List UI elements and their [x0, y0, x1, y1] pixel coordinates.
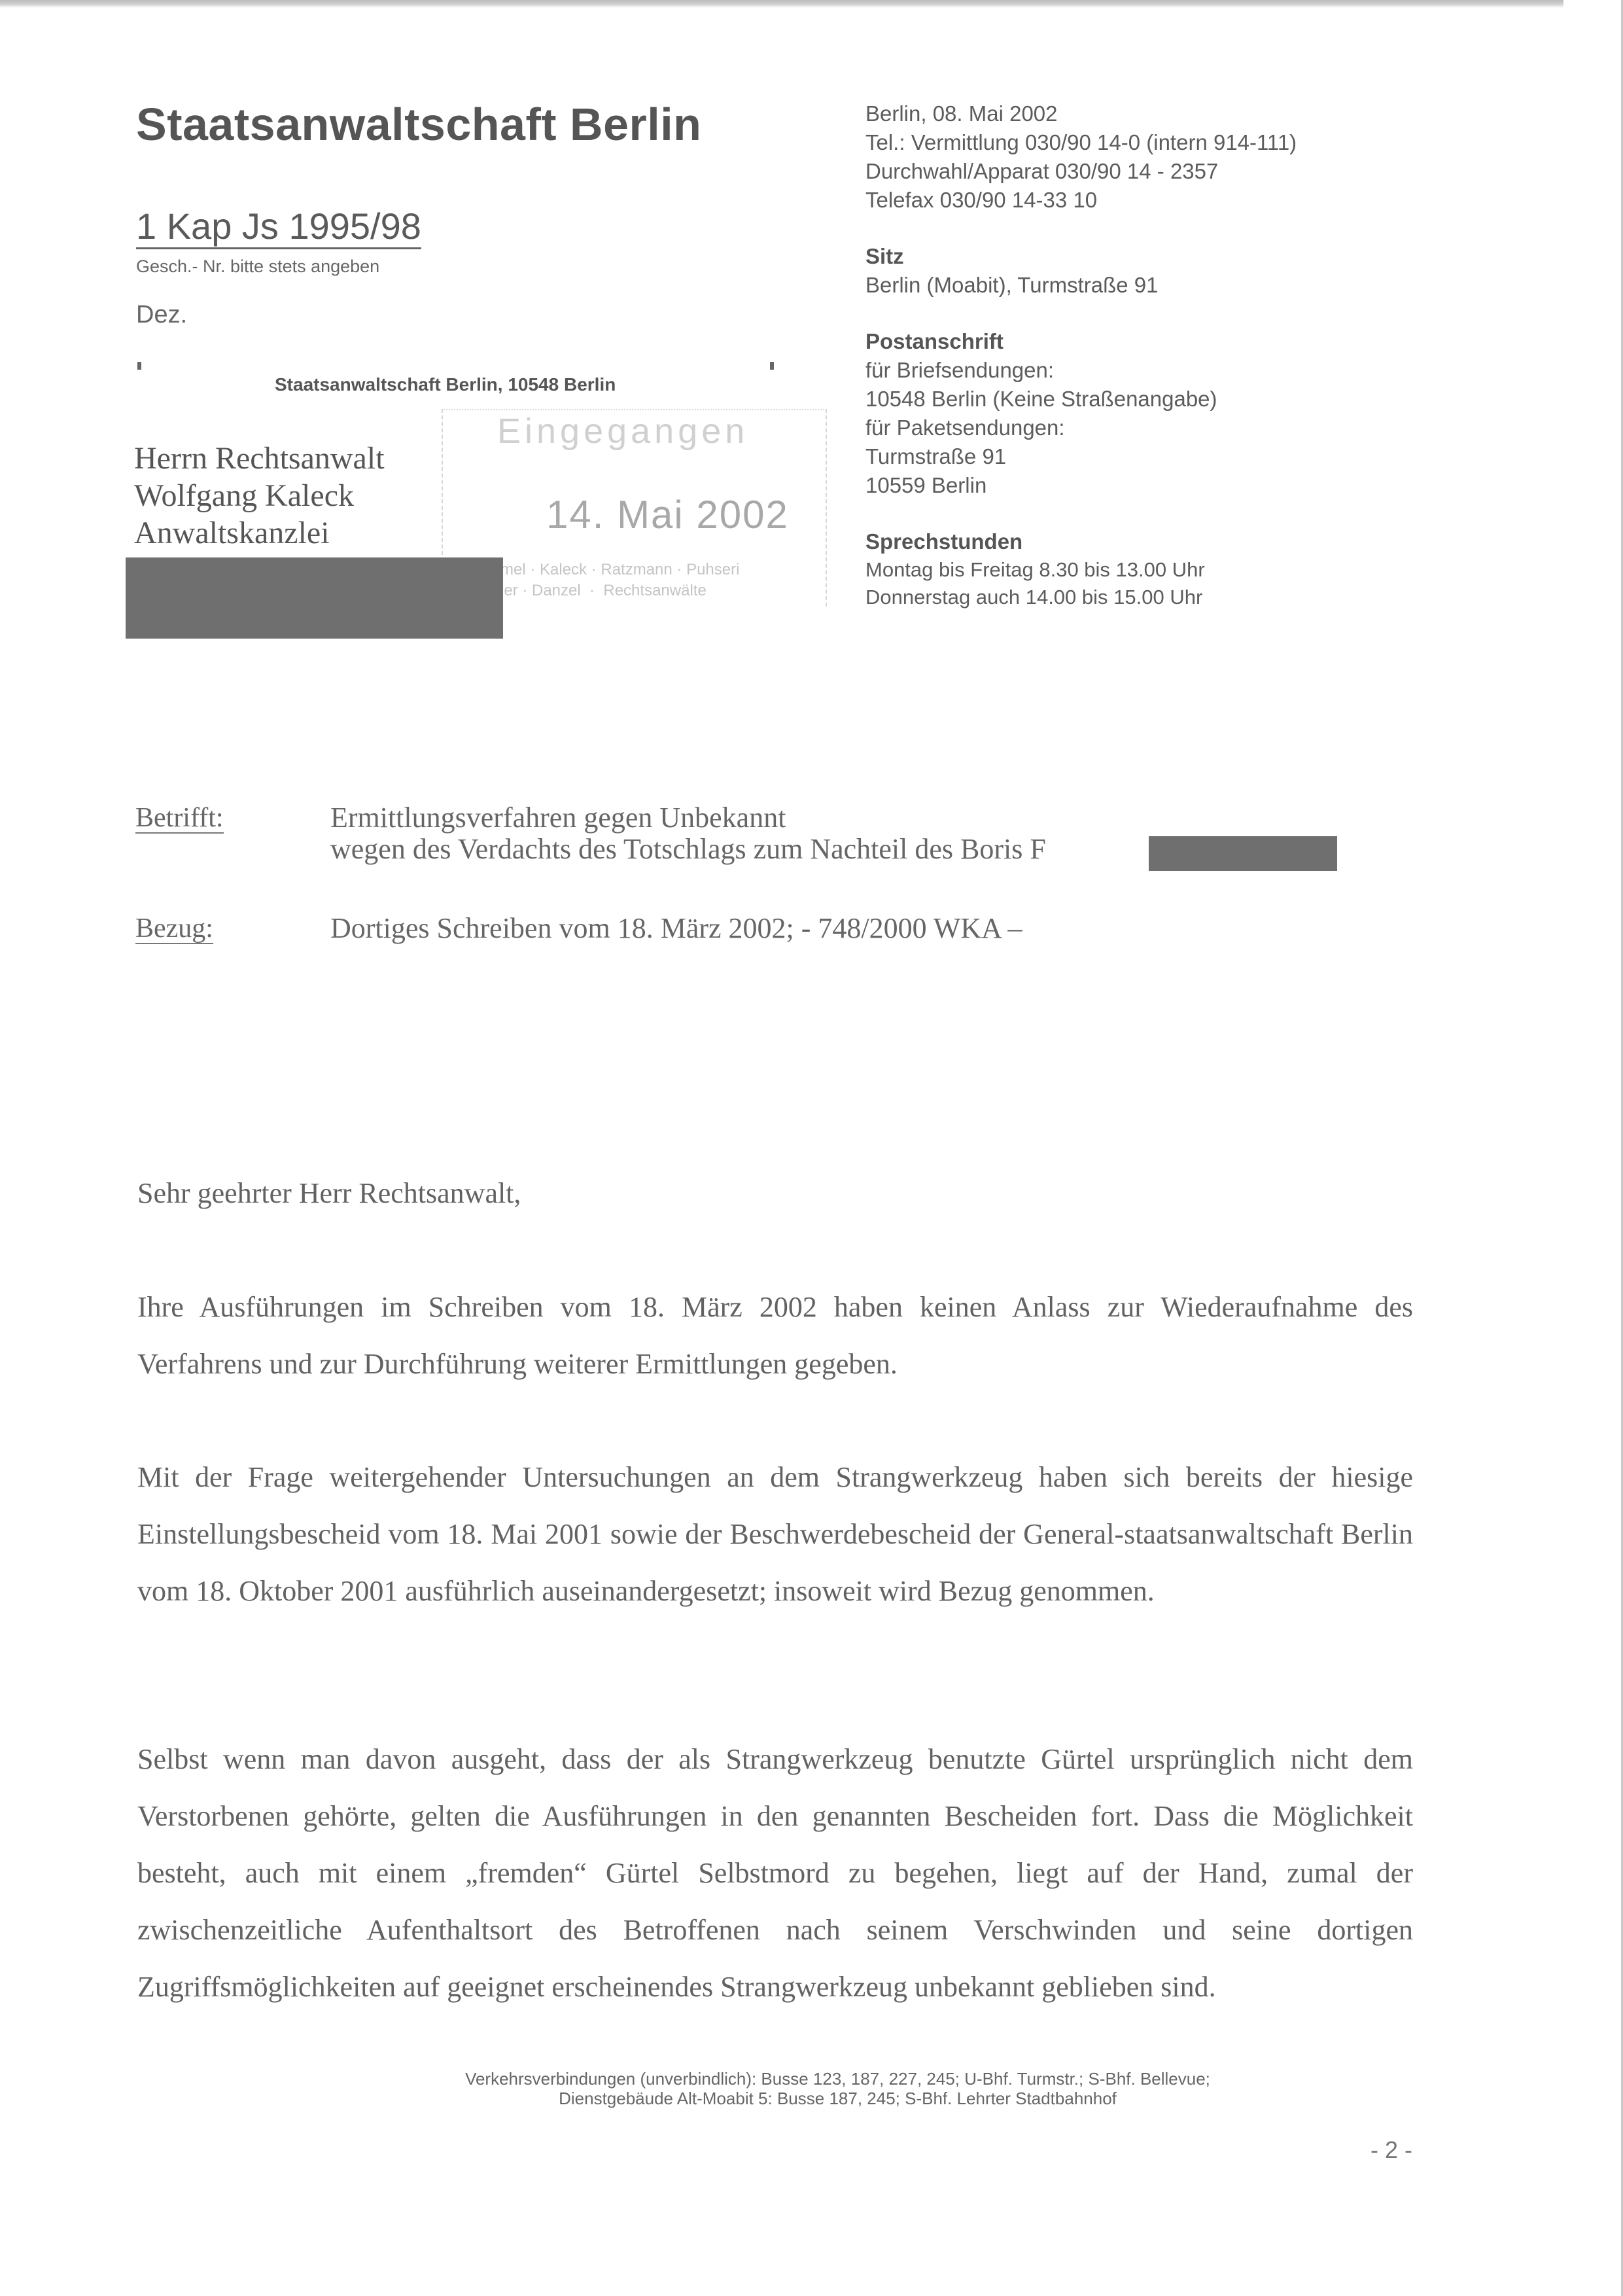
recipient-line-2: Wolfgang Kaleck: [134, 477, 385, 514]
letters-label: für Briefsendungen:: [865, 356, 1297, 385]
subject-line-1: Ermittlungsverfahren gegen Unbekannt: [330, 802, 1046, 834]
footer-line-2: Dienstgebäude Alt-Moabit 5: Busse 187, 2…: [52, 2089, 1623, 2108]
parcels-label: für Paketsendungen:: [865, 414, 1297, 442]
organization-title: Staatsanwaltschaft Berlin: [136, 98, 701, 150]
salutation: Sehr geehrter Herr Rechtsanwalt,: [137, 1165, 1413, 1222]
sender-return-address: Staatsanwaltschaft Berlin, 10548 Berlin: [275, 374, 616, 395]
seat-heading: Sitz: [865, 242, 1297, 271]
paragraph-2-text: Mit der Frage weitergehender Untersuchun…: [137, 1449, 1413, 1619]
envelope-window-mark-left: [137, 362, 141, 370]
reference-label: Bezug:: [135, 914, 213, 944]
contact-block: Berlin, 08. Mai 2002 Tel.: Vermittlung 0…: [865, 99, 1297, 611]
recipient-line-1: Herrn Rechtsanwalt: [134, 440, 385, 477]
subject-text: Ermittlungsverfahren gegen Unbekannt weg…: [330, 802, 1046, 865]
paragraph-3-text: Selbst wenn man davon ausgeht, dass der …: [137, 1731, 1413, 2015]
received-stamp-label: Eingegangen: [497, 411, 748, 451]
department-label: Dez.: [136, 301, 187, 329]
paragraph-2: Mit der Frage weitergehender Untersuchun…: [137, 1449, 1413, 1619]
letters-address: 10548 Berlin (Keine Straßenangabe): [865, 385, 1297, 414]
hours-heading: Sprechstunden: [865, 527, 1297, 556]
recipient-line-3: Anwaltskanzlei: [134, 514, 385, 552]
paragraph-3: Selbst wenn man davon ausgeht, dass der …: [137, 1731, 1413, 2015]
received-stamp-date: 14. Mai 2002: [546, 492, 789, 537]
letter-date: Berlin, 08. Mai 2002: [865, 99, 1297, 128]
fax-number: Telefax 030/90 14-33 10: [865, 186, 1297, 215]
received-stamp-firm-line-1: mel · Kaleck · Ratzmann · Puhseri: [500, 559, 739, 580]
paragraph-1-text: Ihre Ausführungen im Schreiben vom 18. M…: [137, 1279, 1413, 1392]
envelope-window-mark-right: [770, 362, 774, 370]
redaction-block-name: [1149, 836, 1337, 871]
parcels-street: Turmstraße 91: [865, 442, 1297, 471]
file-number-hint: Gesch.- Nr. bitte stets angeben: [136, 256, 379, 277]
salutation-text: Sehr geehrter Herr Rechtsanwalt,: [137, 1165, 1413, 1222]
recipient-address: Herrn Rechtsanwalt Wolfgang Kaleck Anwal…: [134, 440, 385, 552]
redaction-block-address: [126, 557, 503, 639]
received-stamp-firm-line-2: ler · Danzel · Rechtsanwälte: [500, 580, 739, 601]
page-number: - 2 -: [1370, 2136, 1412, 2164]
footer-line-1: Verkehrsverbindungen (unverbindlich): Bu…: [52, 2069, 1623, 2089]
hours-weekdays: Montag bis Freitag 8.30 bis 13.00 Uhr: [865, 556, 1297, 584]
subject-label: Betrifft:: [135, 804, 224, 834]
reference-text: Dortiges Schreiben vom 18. März 2002; - …: [330, 913, 1022, 944]
hours-thursday: Donnerstag auch 14.00 bis 15.00 Uhr: [865, 584, 1297, 611]
phone-switchboard: Tel.: Vermittlung 030/90 14-0 (intern 91…: [865, 128, 1297, 157]
paragraph-1: Ihre Ausführungen im Schreiben vom 18. M…: [137, 1279, 1413, 1392]
scan-edge-shadow: [0, 0, 1563, 8]
subject-line-2: wegen des Verdachts des Totschlags zum N…: [330, 834, 1046, 865]
seat-address: Berlin (Moabit), Turmstraße 91: [865, 271, 1297, 300]
received-stamp-firm: mel · Kaleck · Ratzmann · Puhseriler · D…: [500, 559, 739, 601]
parcels-city: 10559 Berlin: [865, 471, 1297, 500]
footer-transport: Verkehrsverbindungen (unverbindlich): Bu…: [0, 2069, 1623, 2108]
postal-heading: Postanschrift: [865, 327, 1297, 356]
phone-direct: Durchwahl/Apparat 030/90 14 - 2357: [865, 157, 1297, 186]
file-number: 1 Kap Js 1995/98: [136, 208, 421, 249]
